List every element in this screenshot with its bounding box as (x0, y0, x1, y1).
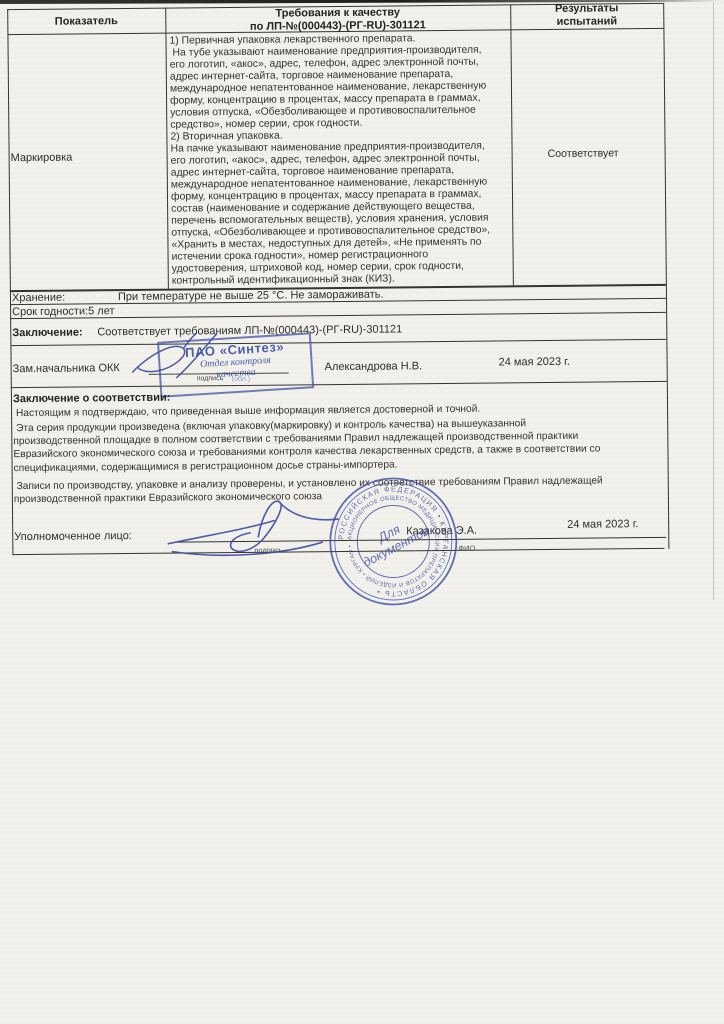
results-header-line2: испытаний (510, 14, 663, 28)
authorized-person-label: Уполномоченное лицо: (14, 530, 132, 543)
column-divider-1 (165, 8, 169, 289)
conformity-paragraph-2: Эта серия продукции произведена (включая… (13, 416, 665, 475)
requirements-header-line2: по ЛП-№(000443)-(РГ-RU)-301121 (165, 18, 510, 34)
conclusion-label: Заключение: (12, 326, 82, 339)
marking-test-result: Соответствует (548, 147, 619, 160)
authorized-sign-label: подпись (254, 546, 282, 555)
approval-row-border (11, 381, 667, 389)
column-header-results: Результаты испытаний (510, 2, 663, 28)
approver-position: Зам.начальника ОКК (13, 362, 120, 375)
column-header-indicator: Показатель (7, 15, 165, 29)
scanned-document-page: Показатель Требования к качеству по ЛП-№… (0, 0, 724, 1024)
shelf-life-label: Срок годности: (12, 305, 88, 318)
authorized-date: 24 мая 2023 г. (567, 518, 638, 531)
approver-name: Александрова Н.В. (325, 360, 423, 373)
approval-date: 24 мая 2023 г. (499, 356, 570, 369)
quality-certificate-document: Показатель Требования к качеству по ЛП-№… (0, 0, 724, 1024)
column-header-requirements: Требования к качеству по ЛП-№(000443)-(Р… (165, 5, 510, 33)
form-left-border (7, 9, 13, 555)
approver-signature-scribble (126, 331, 246, 384)
marking-requirements-text: 1) Первичная упаковка лекарственного пре… (169, 32, 511, 287)
storage-label: Хранение: (12, 292, 65, 305)
marking-row-indicator: Маркировка (11, 152, 73, 165)
conclusion-row-border (10, 339, 666, 347)
round-company-stamp: РОССИЙСКАЯ ФЕДЕРАЦИЯ • КУРГАНСКАЯ ОБЛАСТ… (325, 473, 462, 610)
storage-value: При температуре не выше 25 °C. Не замора… (118, 289, 384, 304)
conformity-title: Заключение о соответствии: (13, 392, 171, 406)
shelf-life-value: 5 лет (88, 305, 115, 317)
